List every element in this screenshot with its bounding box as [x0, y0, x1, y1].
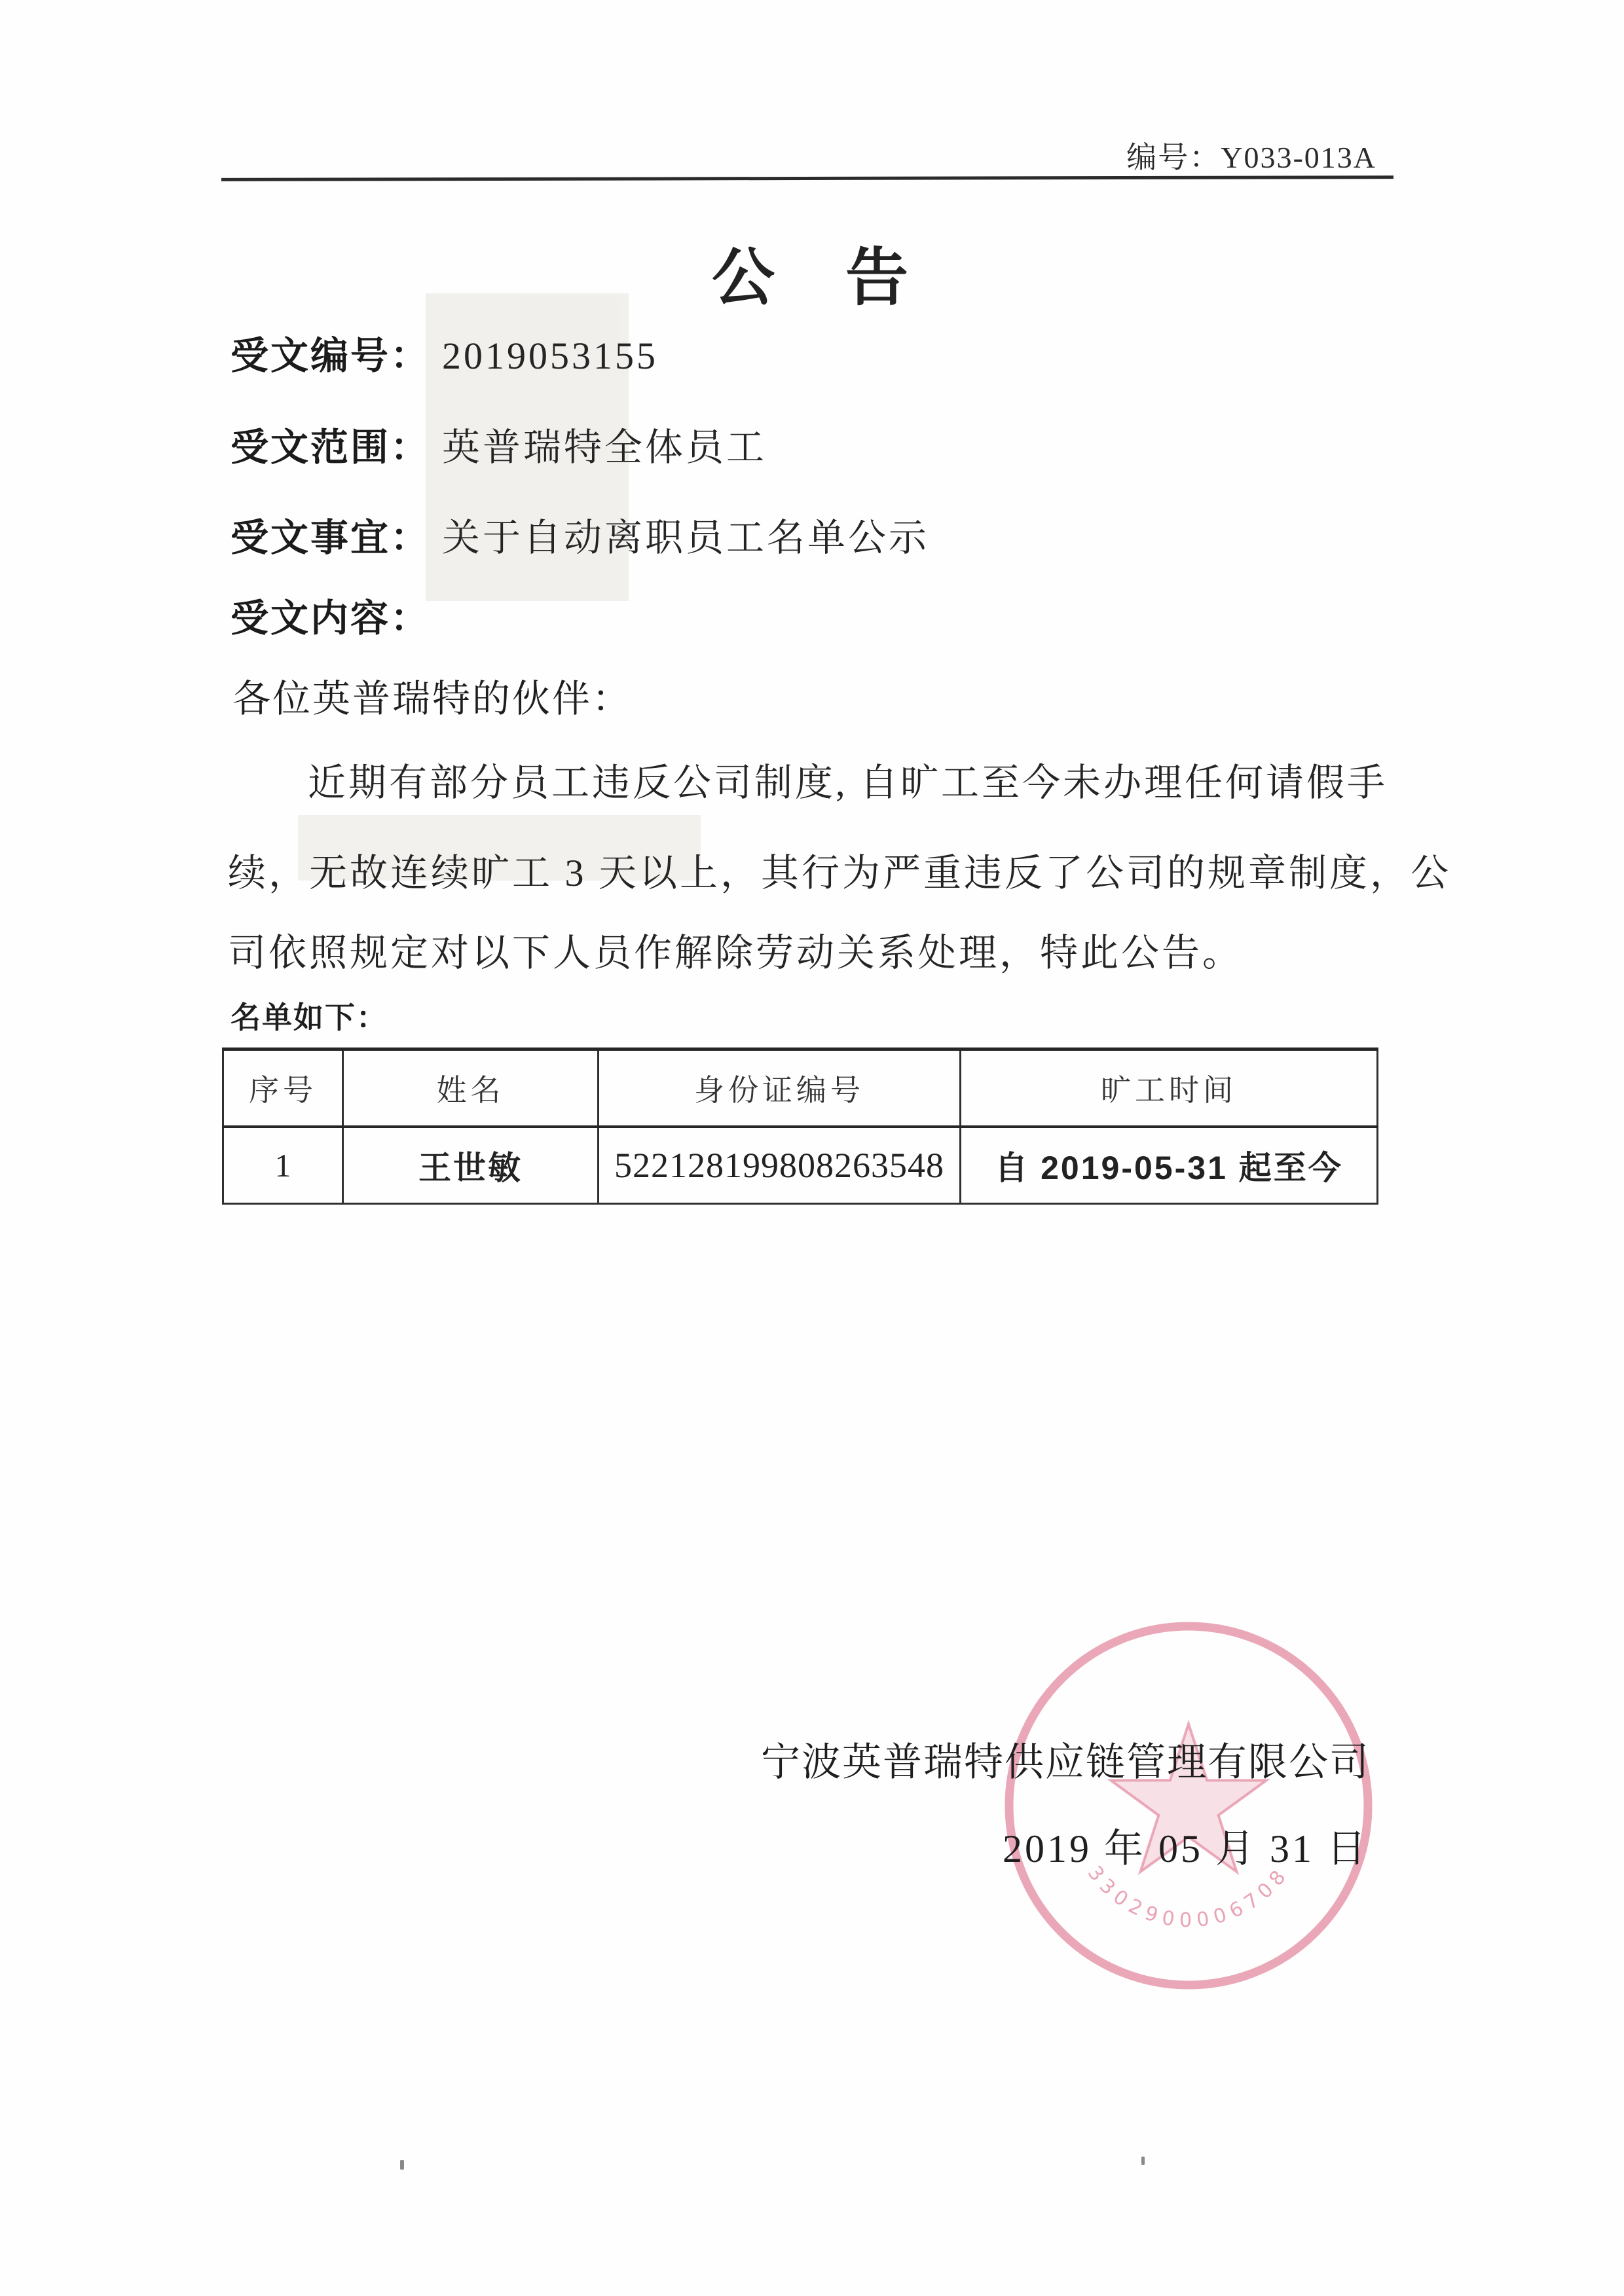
- list-label: 名单如下：: [231, 994, 388, 1037]
- cell-index: 1: [223, 1127, 343, 1204]
- field-label: 受文编号：: [231, 325, 430, 380]
- col-header-absence: 旷工时间: [961, 1049, 1378, 1127]
- paragraph-line: 续，无故连续旷工 3 天以上，其行为严重违反了公司的规章制度，公: [228, 842, 1451, 897]
- scan-speck: [400, 2160, 404, 2170]
- paragraph-line: 近期有部分员工违反公司制度, 自旷工至今未办理任何请假手: [308, 752, 1388, 807]
- field-scope: 受文范围： 英普瑞特全体员工: [231, 416, 767, 471]
- paragraph-line: 司依照规定对以下人员作解除劳动关系处理，特此公告。: [228, 922, 1243, 977]
- header-rule: [221, 175, 1393, 181]
- cell-absence: 自 2019-05-31 起至今: [961, 1127, 1378, 1204]
- field-subject: 受文事宜： 关于自动离职员工名单公示: [231, 507, 929, 562]
- salutation: 各位英普瑞特的伙伴：: [232, 668, 632, 723]
- roster-table: 序号 姓名 身份证编号 旷工时间 1 王世敏 52212819980826354…: [222, 1048, 1378, 1205]
- field-value: 2019053155: [442, 334, 658, 378]
- scan-speck: [1141, 2157, 1145, 2165]
- field-label: 受文范围：: [231, 416, 430, 471]
- field-content: 受文内容：: [231, 587, 442, 642]
- document-page: 编号：Y033-013A 公 告 受文编号： 2019053155 受文范围： …: [0, 0, 1624, 2296]
- table-header-row: 序号 姓名 身份证编号 旷工时间: [223, 1049, 1378, 1127]
- table-row: 1 王世敏 522128199808263548 自 2019-05-31 起至…: [223, 1127, 1378, 1204]
- signature-company: 宁波英普瑞特供应链管理有限公司: [761, 1731, 1370, 1787]
- company-seal-stamp: 宁波英普瑞特供应链管理有限公司 3302900006708: [986, 1603, 1392, 2009]
- field-value: 关于自动离职员工名单公示: [442, 507, 929, 562]
- cell-name: 王世敏: [343, 1127, 599, 1204]
- field-label: 受文事宜：: [231, 507, 430, 562]
- col-header-id: 身份证编号: [599, 1049, 961, 1127]
- page-title: 公 告: [0, 228, 1624, 318]
- doc-number: 编号：Y033-013A: [1126, 134, 1376, 177]
- signature-date: 2019 年 05 月 31 日: [1003, 1817, 1369, 1874]
- field-doc-id: 受文编号： 2019053155: [231, 325, 658, 380]
- col-header-name: 姓名: [343, 1049, 599, 1127]
- cell-id: 522128199808263548: [599, 1127, 961, 1204]
- field-value: 英普瑞特全体员工: [442, 416, 767, 471]
- field-label: 受文内容：: [231, 587, 430, 642]
- col-header-index: 序号: [223, 1049, 343, 1127]
